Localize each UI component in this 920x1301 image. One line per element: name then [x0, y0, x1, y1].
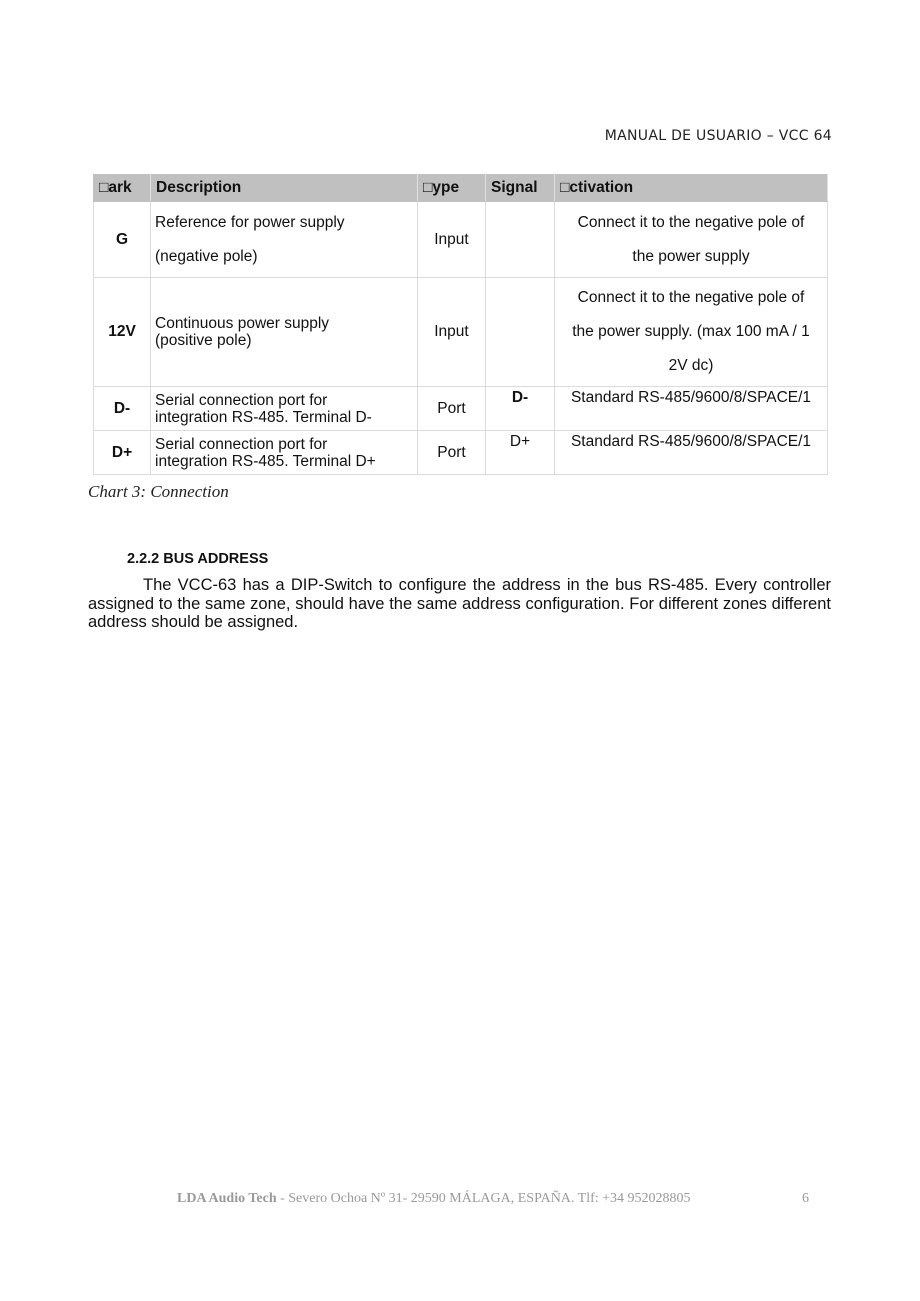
page-footer: LDA Audio Tech - Severo Ochoa Nº 31- 295…: [177, 1191, 691, 1207]
cell-type: Port: [418, 387, 486, 431]
section-heading: 2.2.2 BUS ADDRESS: [127, 551, 268, 567]
activation-line: Connect it to the negative pole of: [578, 289, 805, 306]
connection-table: □ark Description □ype Signal □ctivation …: [93, 174, 828, 475]
description-line: Reference for power supply: [155, 214, 345, 231]
description-line: Serial connection port for: [155, 436, 327, 453]
column-header-activation: □ctivation: [555, 175, 828, 202]
cell-signal: D-: [486, 387, 555, 431]
cell-description: Continuous power supply(positive pole): [151, 278, 418, 387]
column-header-type: □ype: [418, 175, 486, 202]
activation-line: Connect it to the negative pole of: [578, 214, 805, 231]
body-paragraph: The VCC-63 has a DIP-Switch to configure…: [88, 576, 831, 632]
activation-line: the power supply. (max 100 mA / 1: [572, 323, 810, 340]
cell-mark: D+: [94, 431, 151, 475]
description-line: integration RS-485. Terminal D-: [155, 409, 372, 426]
activation-line: the power supply: [632, 248, 749, 265]
cell-signal: D+: [486, 431, 555, 475]
running-header: MANUAL DE USUARIO – VCC 64: [605, 128, 832, 144]
column-header-signal: Signal: [486, 175, 555, 202]
cell-type: Input: [418, 202, 486, 278]
description-line: Serial connection port for: [155, 392, 327, 409]
column-header-mark: □ark: [94, 175, 151, 202]
table-row: 12V Continuous power supply(positive pol…: [94, 278, 828, 387]
column-header-description: Description: [151, 175, 418, 202]
activation-line: 2V dc): [669, 357, 714, 374]
cell-activation: Connect it to the negative pole ofthe po…: [555, 202, 828, 278]
cell-type: Port: [418, 431, 486, 475]
description-line: integration RS-485. Terminal D+: [155, 453, 376, 470]
cell-type: Input: [418, 278, 486, 387]
cell-activation: Connect it to the negative pole ofthe po…: [555, 278, 828, 387]
description-line: (positive pole): [155, 332, 252, 349]
page-number: 6: [802, 1191, 809, 1207]
description-line: Continuous power supply: [155, 315, 329, 332]
cell-mark: D-: [94, 387, 151, 431]
table-row: D- Serial connection port forintegration…: [94, 387, 828, 431]
table-row: G Reference for power supply(negative po…: [94, 202, 828, 278]
table-header-row: □ark Description □ype Signal □ctivation: [94, 175, 828, 202]
cell-signal: [486, 202, 555, 278]
footer-address: - Severo Ochoa Nº 31- 29590 MÁLAGA, ESPA…: [277, 1191, 691, 1206]
table-caption: Chart 3: Connection: [88, 482, 229, 502]
footer-company: LDA Audio Tech: [177, 1191, 277, 1206]
cell-mark: G: [94, 202, 151, 278]
cell-description: Serial connection port forintegration RS…: [151, 387, 418, 431]
cell-signal: [486, 278, 555, 387]
cell-description: Reference for power supply(negative pole…: [151, 202, 418, 278]
cell-description: Serial connection port forintegration RS…: [151, 431, 418, 475]
table-row: D+ Serial connection port forintegration…: [94, 431, 828, 475]
description-line: (negative pole): [155, 248, 258, 265]
cell-activation: Standard RS-485/9600/8/SPACE/1: [555, 387, 828, 431]
cell-activation: Standard RS-485/9600/8/SPACE/1: [555, 431, 828, 475]
cell-mark: 12V: [94, 278, 151, 387]
